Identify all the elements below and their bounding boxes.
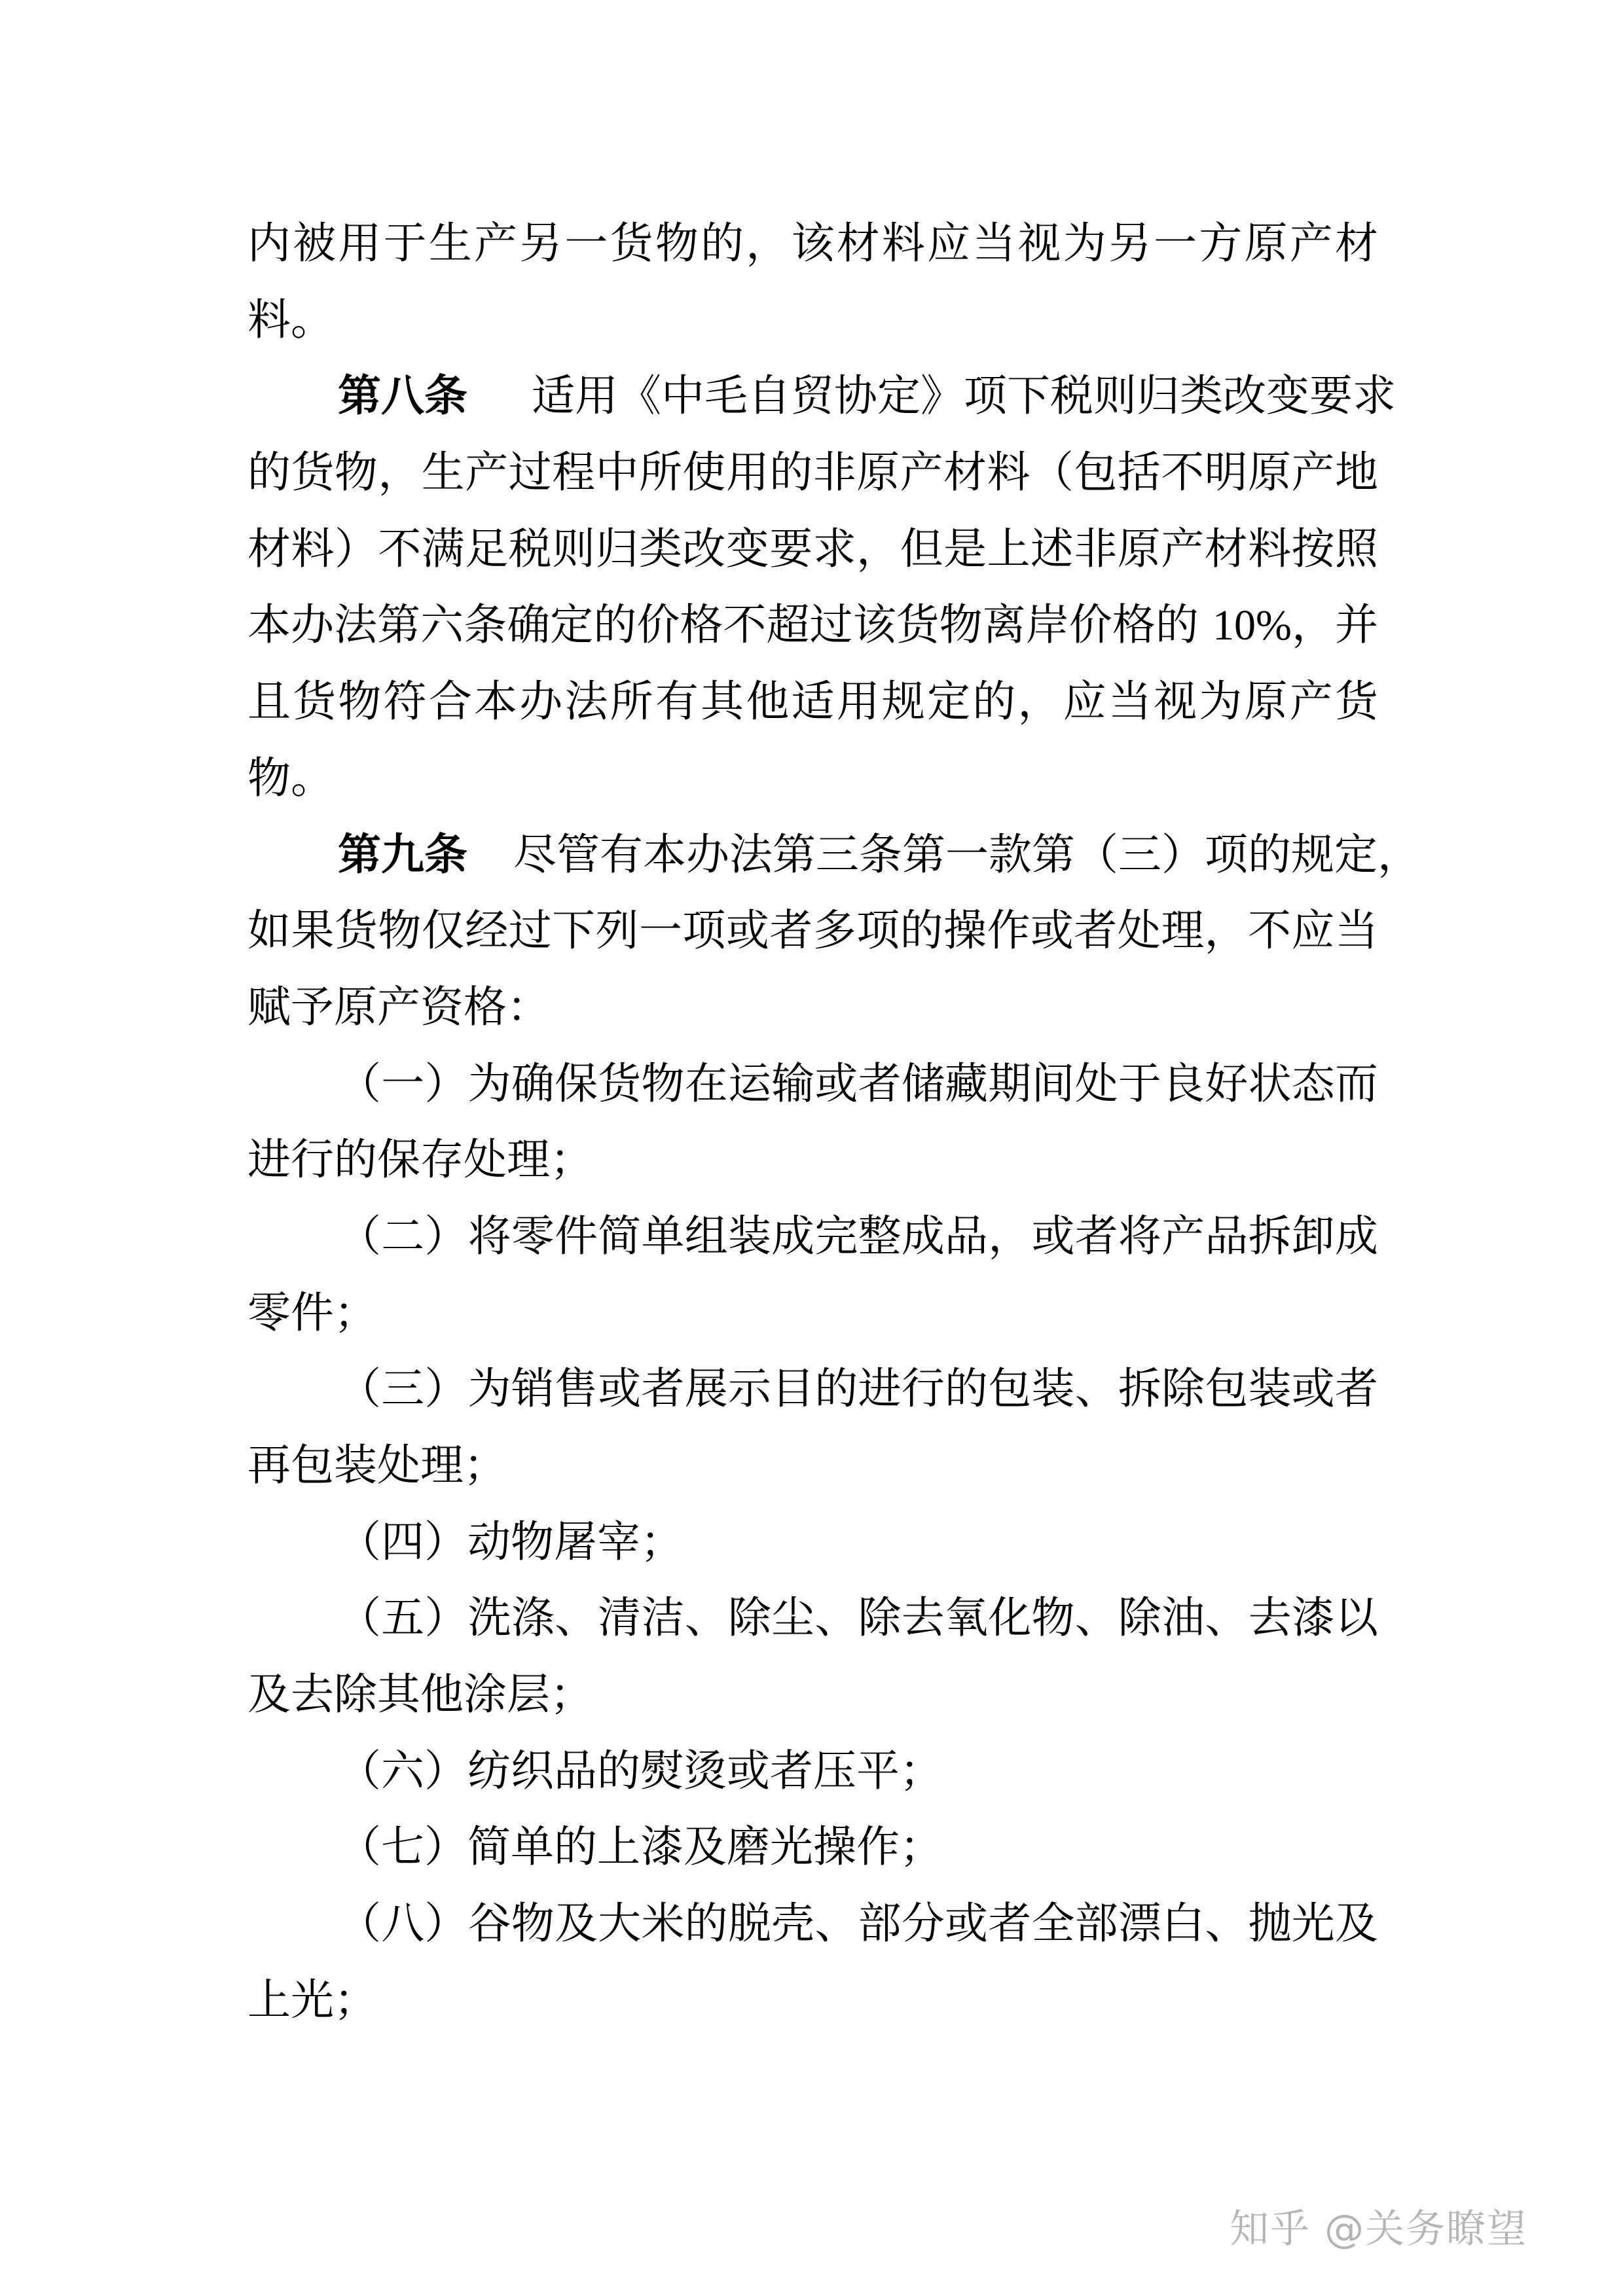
list-item-3: （三）为销售或者展示目的进行的包装、拆除包装或者 [247, 1351, 1378, 1427]
article-9-heading-line: 第九条尽管有本办法第三条第一款第（三）项的规定， [247, 817, 1378, 893]
text-line: 物。 [247, 740, 1378, 817]
list-item-3-cont: 再包装处理； [247, 1427, 1378, 1504]
text-line: 的货物，生产过程中所使用的非原产材料（包括不明原产地 [247, 435, 1378, 511]
text-line: 赋予原产资格： [247, 969, 1378, 1046]
list-item-8: （八）谷物及大米的脱壳、部分或者全部漂白、抛光及 [247, 1886, 1378, 1962]
list-item-8-cont: 上光； [247, 1962, 1378, 2039]
document-page: 内被用于生产另一货物的，该材料应当视为另一方原产材 料。 第八条适用《中毛自贸协… [247, 206, 1378, 2039]
list-item-2-cont: 零件； [247, 1275, 1378, 1352]
list-item-2: （二）将零件简单组装成完整成品，或者将产品拆卸成 [247, 1198, 1378, 1275]
text-line: 内被用于生产另一货物的，该材料应当视为另一方原产材 [247, 206, 1378, 282]
article-9-title: 第九条 [338, 829, 467, 880]
article-8-title: 第八条 [338, 370, 467, 421]
text-segment: 本办法第六条确定的价格不超过该货物离岸价格的 [247, 600, 1199, 650]
text-line: 材料）不满足税则归类改变要求，但是上述非原产材料按照 [247, 511, 1378, 588]
list-item-4: （四）动物屠宰； [247, 1504, 1378, 1581]
text-line: 如果货物仅经过下列一项或者多项的操作或者处理，不应当 [247, 893, 1378, 969]
article-9-text: 尽管有本办法第三条第一款第（三）项的规定， [513, 829, 1421, 880]
percent-value: 10% [1213, 601, 1292, 649]
article-8-text: 适用《中毛自贸协定》项下税则归类改变要求 [532, 370, 1396, 421]
text-line: 本办法第六条确定的价格不超过该货物离岸价格的 10%，并 [247, 587, 1378, 664]
article-8-heading-line: 第八条适用《中毛自贸协定》项下税则归类改变要求 [247, 358, 1378, 435]
text-line: 料。 [247, 282, 1378, 359]
text-segment: ，并 [1292, 600, 1378, 650]
list-item-5: （五）洗涤、清洁、除尘、除去氧化物、除油、去漆以 [247, 1580, 1378, 1657]
list-item-1-cont: 进行的保存处理； [247, 1122, 1378, 1198]
zhihu-watermark: 知乎 @关务瞭望 [1230, 2206, 1527, 2253]
text-line: 且货物符合本办法所有其他适用规定的，应当视为原产货 [247, 664, 1378, 740]
list-item-5-cont: 及去除其他涂层； [247, 1657, 1378, 1733]
list-item-7: （七）简单的上漆及磨光操作； [247, 1809, 1378, 1886]
list-item-6: （六）纺织品的熨烫或者压平； [247, 1733, 1378, 1810]
list-item-1: （一）为确保货物在运输或者储藏期间处于良好状态而 [247, 1046, 1378, 1122]
